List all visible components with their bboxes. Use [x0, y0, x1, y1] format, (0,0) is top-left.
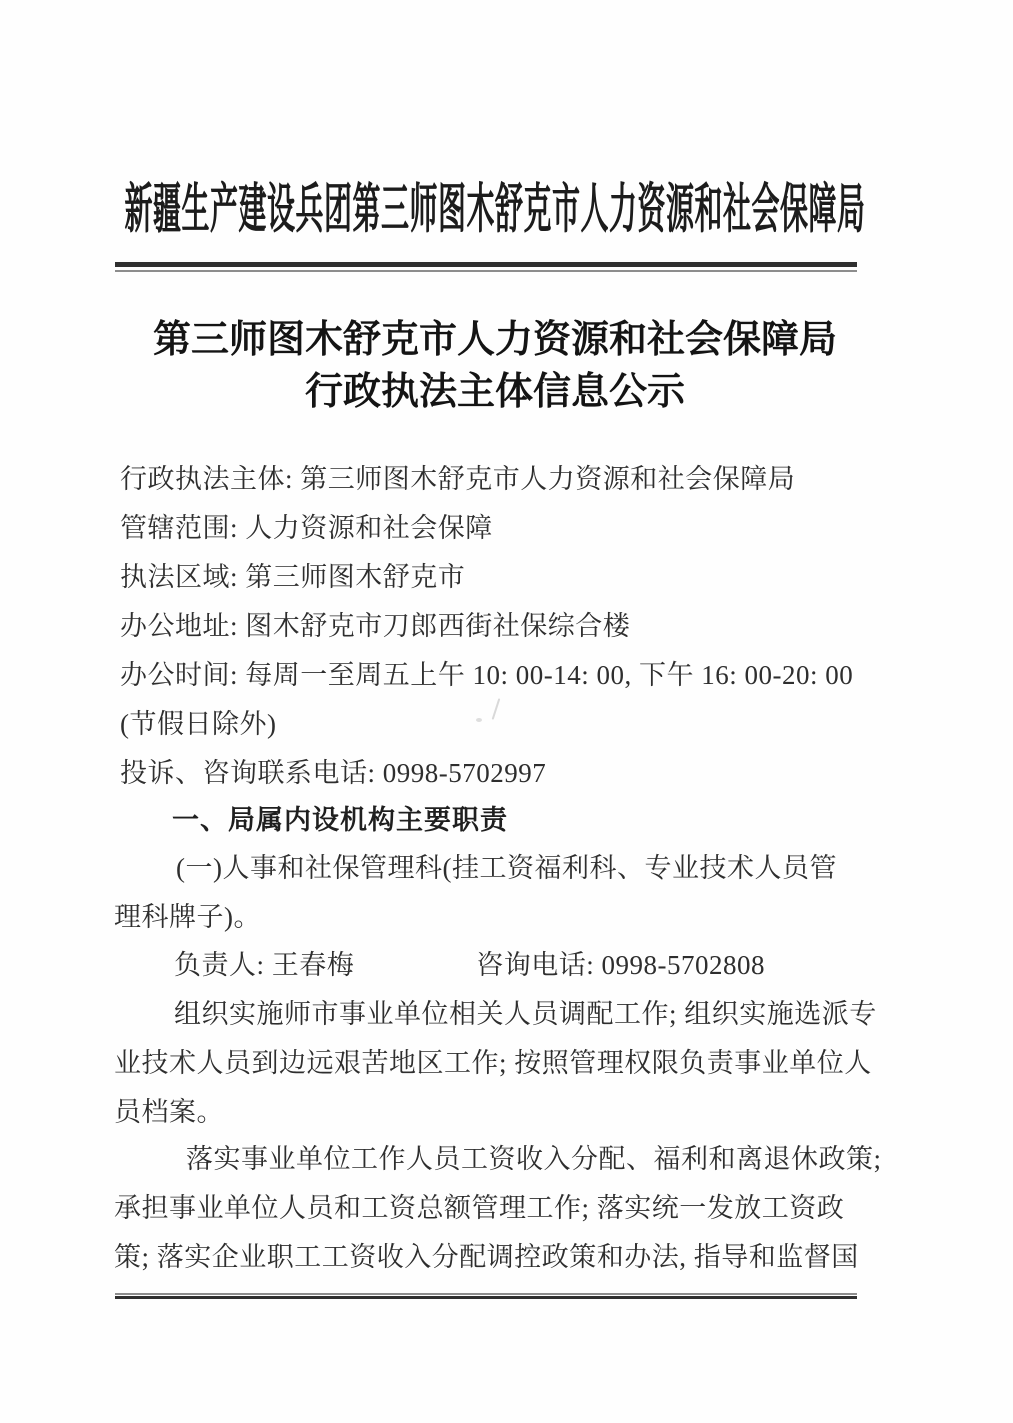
footer-rule-dark — [115, 1296, 857, 1299]
body-line-duty-1b: 业技术人员到边远艰苦地区工作; 按照管理权限负责事业单位人 — [114, 1046, 872, 1080]
scanned-document-page: 新疆生产建设兵团第三师图木舒克市人力资源和社会保障局 第三师图木舒克市人力资源和… — [0, 0, 1013, 1423]
responsible-person: 负责人: 王春梅 — [174, 950, 354, 980]
info-line-holiday-note: (节假日除外) — [120, 707, 276, 741]
masthead-rule-dark — [115, 262, 857, 267]
body-line-dept-name-1: (一)人事和社保管理科(挂工资福利科、专业技术人员管 — [176, 851, 837, 885]
info-line-enforcement-subject: 行政执法主体: 第三师图木舒克市人力资源和社会保障局 — [120, 462, 795, 496]
body-line-duty-1c: 员档案。 — [114, 1095, 224, 1129]
info-line-complaint-phone: 投诉、咨询联系电话: 0998-5702997 — [120, 756, 546, 790]
info-line-enforcement-area: 执法区域: 第三师图木舒克市 — [120, 560, 465, 594]
body-line-duty-2b: 承担事业单位人员和工资总额管理工作; 落实统一发放工资政 — [114, 1191, 844, 1225]
body-line-contact: 负责人: 王春梅咨询电话: 0998-5702808 — [174, 948, 765, 982]
body-line-dept-name-2: 理科牌子)。 — [114, 900, 261, 934]
page-title-line2: 行政执法主体信息公示 — [0, 360, 990, 415]
body-line-duty-2c: 策; 落实企业职工工资收入分配调控政策和办法, 指导和监督国 — [114, 1240, 859, 1274]
info-line-office-hours: 办公时间: 每周一至周五上午 10: 00-14: 00, 下午 16: 00-… — [120, 658, 853, 692]
info-line-office-address: 办公地址: 图木舒克市刀郎西街社保综合楼 — [120, 609, 630, 643]
scan-smudge-slash — [492, 698, 501, 720]
body-line-duty-1a: 组织实施师市事业单位相关人员调配工作; 组织实施选派专 — [174, 997, 877, 1031]
masthead-rule-light — [115, 270, 857, 272]
info-line-jurisdiction-scope: 管辖范围: 人力资源和社会保障 — [120, 511, 493, 545]
letterhead-org-name: 新疆生产建设兵团第三师图木舒克市人力资源和社会保障局 — [0, 168, 990, 244]
consult-phone: 咨询电话: 0998-5702808 — [476, 950, 765, 980]
footer-rule-light — [115, 1293, 857, 1295]
page-title-line1: 第三师图木舒克市人力资源和社会保障局 — [0, 308, 990, 363]
scan-smudge-dot — [476, 718, 482, 722]
section-heading-duties: 一、局属内设机构主要职责 — [172, 803, 508, 837]
body-line-duty-2a: 落实事业单位工作人员工资收入分配、福利和离退休政策; — [186, 1142, 882, 1176]
